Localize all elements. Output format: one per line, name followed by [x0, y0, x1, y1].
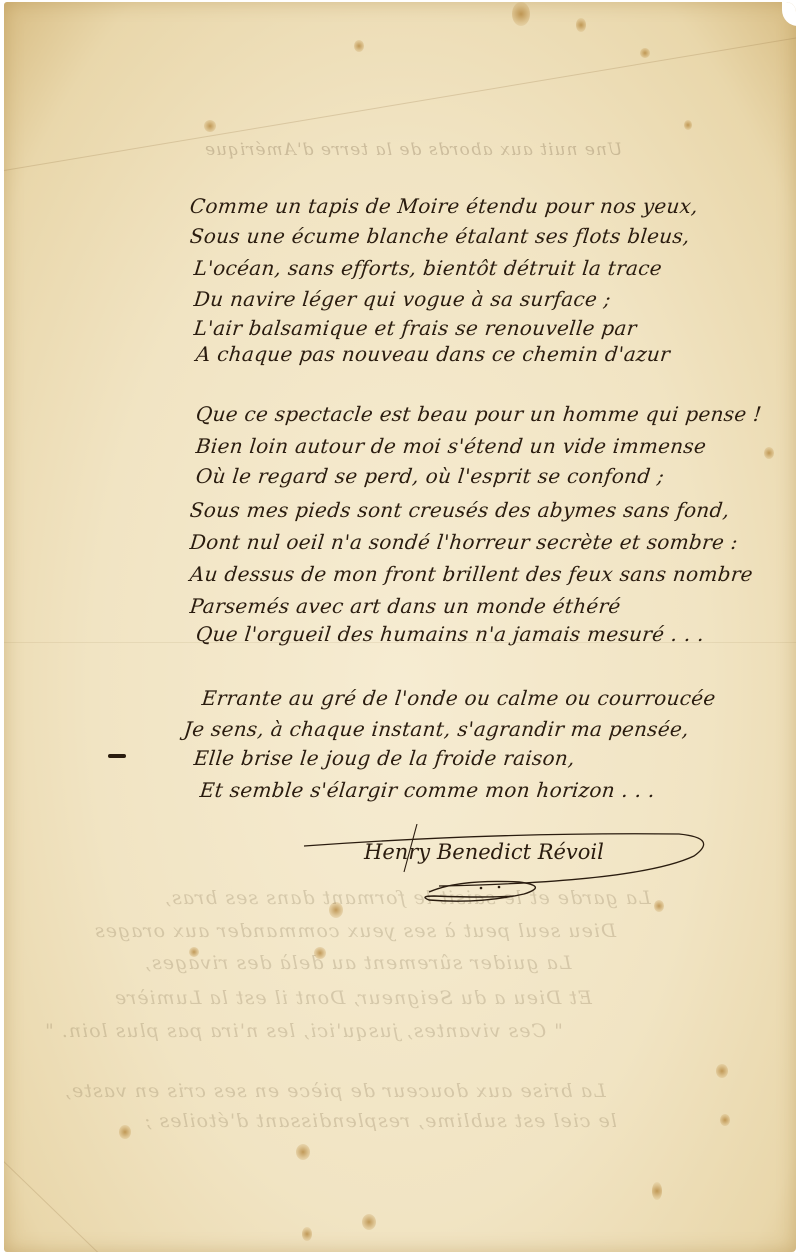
poem-line: Que l'orgueil des humains n'a jamais mes… [195, 622, 706, 646]
poem-line: Et semble s'élargir comme mon horizon . … [199, 778, 657, 802]
manuscript-page: Une nuit aux abords de la terre d'Amériq… [4, 2, 796, 1252]
poem: Comme un tapis de Moire étendu pour nos … [4, 2, 796, 1252]
poem-line: Du navire léger qui vogue à sa surface ; [193, 287, 612, 311]
poem-line: Bien loin autour de moi s'étend un vide … [195, 434, 708, 458]
poem-line: Sous une écume blanche étalant ses flots… [189, 224, 691, 248]
poem-line: A chaque pas nouveau dans ce chemin d'az… [195, 342, 672, 366]
poem-line: Comme un tapis de Moire étendu pour nos … [189, 194, 700, 218]
poem-line: L'air balsamique et frais se renouvelle … [193, 316, 638, 340]
poem-line: Où le regard se perd, où l'esprit se con… [195, 464, 666, 488]
poem-line: Parsemés avec art dans un monde éthéré [189, 594, 622, 618]
poem-line: Que ce spectacle est beau pour un homme … [195, 402, 763, 426]
poem-line: Errante au gré de l'onde ou calme ou cou… [201, 686, 717, 710]
poem-line: L'océan, sans efforts, bientôt détruit l… [193, 256, 663, 280]
poem-line: Au dessus de mon front brillent des feux… [189, 562, 754, 586]
margin-ink-mark [108, 754, 126, 758]
poem-line: Sous mes pieds sont creusés des abymes s… [189, 498, 731, 522]
poem-line: Dont nul oeil n'a sondé l'horreur secrèt… [189, 530, 739, 554]
author-signature: Henry Benedict Révoil [364, 840, 604, 864]
poem-line: Je sens, à chaque instant, s'agrandir ma… [183, 717, 690, 741]
poem-line: Elle brise le joug de la froide raison, [193, 746, 576, 770]
signature-flourish-icon [299, 824, 719, 914]
